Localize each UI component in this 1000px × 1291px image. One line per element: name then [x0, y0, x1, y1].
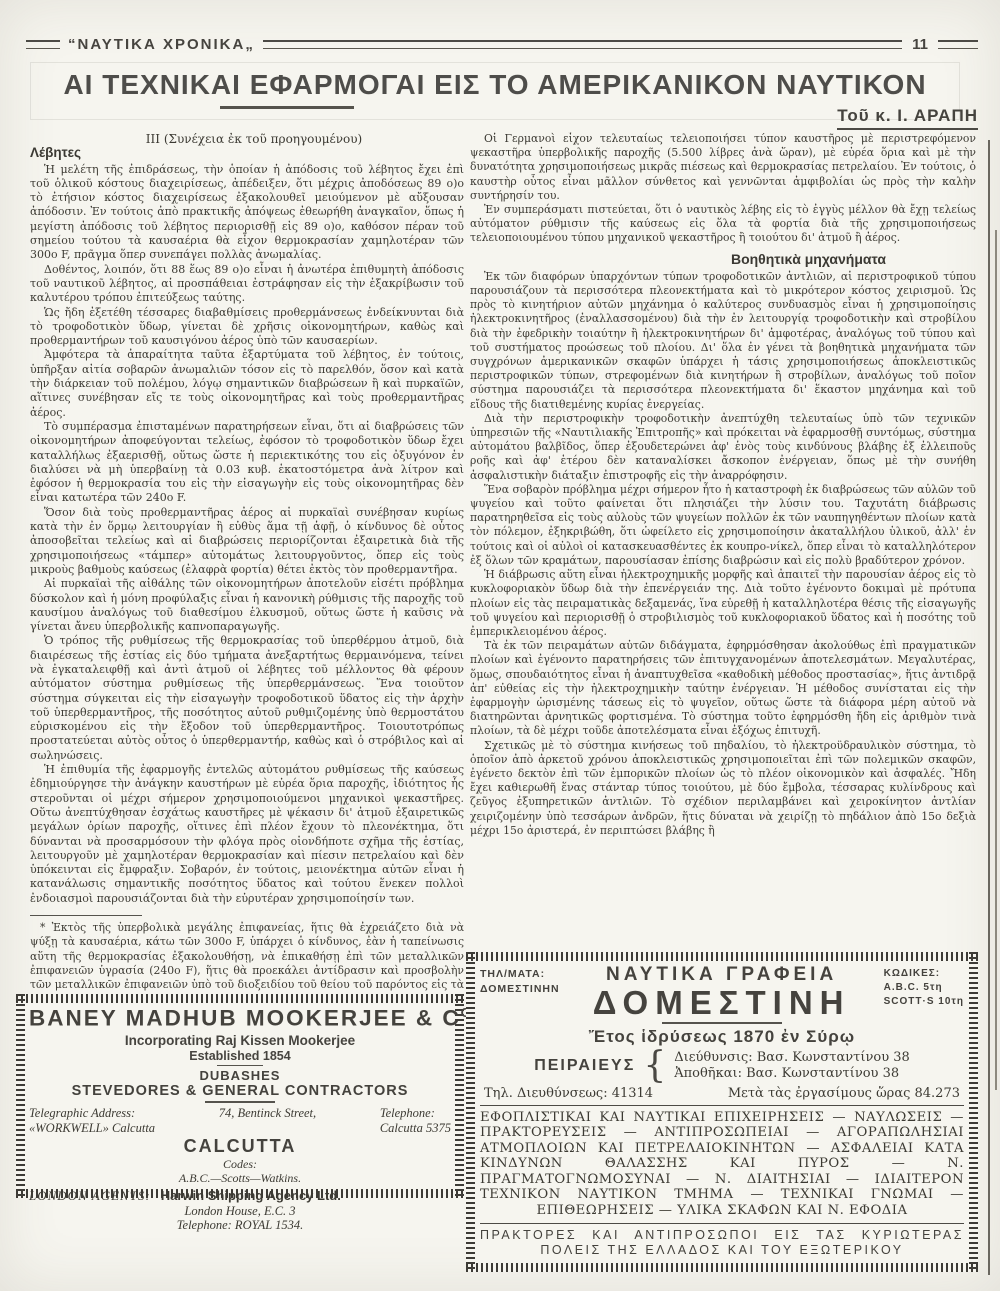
- ad-dom-telegrams: ΤΗΛ/ΜΑΤΑ: ΔΟΜΕΣΤΙΝΗΝ: [480, 964, 560, 997]
- section-heading-auxiliary-machinery: Βοηθητικὰ μηχανήματα: [470, 252, 886, 266]
- paragraph: Διὰ τὴν περιστροφικὴν τροφοδοτικὴν ἀνεπτ…: [470, 412, 976, 483]
- ad-company-name: BANEY MADHUB MOOKERJEE & CO.: [29, 1005, 451, 1032]
- ad-contact-row: Telegraphic Address: «WORKWELL» Calcutta…: [29, 1106, 451, 1136]
- ad-dom-address2: Ἀποθῆκαι: Βασ. Κωνσταντίνου 38: [674, 1066, 910, 1083]
- ad-mookerjee: BANEY MADHUB MOOKERJEE & CO. Incorporati…: [16, 994, 464, 1198]
- article-right-column: Οἱ Γερμανοὶ εἶχον τελευταίως τελειοποιήσ…: [470, 132, 976, 950]
- page-number: 11: [910, 36, 930, 53]
- ad-domestini: ΤΗΛ/ΜΑΤΑ: ΔΟΜΕΣΤΙΝΗΝ ΝΑΥΤΙΚΑ ΓΡΑΦΕΙΑ ΔΟΜ…: [466, 952, 978, 1272]
- ad-dom-codes-line2: SCOTT·S 10τη: [884, 995, 964, 1009]
- ad-dom-header: ΤΗΛ/ΜΑΤΑ: ΔΟΜΕΣΤΙΝΗΝ ΝΑΥΤΙΚΑ ΓΡΑΦΕΙΑ ΔΟΜ…: [480, 964, 964, 1024]
- ad-dom-phone-row: Τηλ. Διευθύνσεως: 41314 Μετὰ τὰς ἐργασίμ…: [480, 1086, 964, 1101]
- paragraph: Δοθέντος, λοιπόν, ὅτι 88 ἕως 89 ο)ο εἶνα…: [30, 263, 464, 306]
- footnote: * Ἐκτὸς τῆς ὑπερβολικὰ μεγάλης ἐπιφανεία…: [30, 921, 464, 992]
- masthead-rule-middle: [263, 40, 902, 49]
- article-title: ΑΙ ΤΕΧΝΙΚΑΙ ΕΦΑΡΜΟΓΑΙ ΕΙΣ ΤΟ ΑΜΕΡΙΚΑΝΙΚΟ…: [35, 69, 955, 101]
- ad-dom-telegrams-label: ΤΗΛ/ΜΑΤΑ:: [480, 967, 560, 982]
- paragraph: Τὸ συμπέρασμα ἐπισταμένων παρατηρήσεων ε…: [30, 420, 464, 506]
- paragraph: Ἐκ τῶν διαφόρων ὑπαρχόντων τύπων τροφοδο…: [470, 270, 976, 412]
- ad-incorporating: Incorporating Raj Kissen Mookerjee: [29, 1033, 451, 1048]
- ad-dom-after-hours: Μετὰ τὰς ἐργασίμους ὥρας 84.273: [728, 1086, 960, 1101]
- masthead: “ΝΑΥΤΙΚΑ ΧΡΟΝΙΚΑ„ 11: [26, 36, 978, 53]
- ad-border-top: [466, 952, 978, 961]
- ad-dom-founded: Ἔτος ἱδρύσεως 1870 ἐν Σύρῳ: [480, 1027, 964, 1047]
- magazine-page: “ΝΑΥΤΙΚΑ ΧΡΟΝΙΚΑ„ 11 ΑΙ ΤΕΧΝΙΚΑΙ ΕΦΑΡΜΟΓ…: [0, 0, 1000, 1291]
- ad-dom-services: ΕΦΟΠΛΙΣΤΙΚΑΙ ΚΑΙ ΝΑΥΤΙΚΑΙ ΕΠΙΧΕΙΡΗΣΕΙΣ —…: [480, 1110, 964, 1219]
- paragraph: Ἕνα σοβαρὸν πρόβλημα μέχρι σήμερον ἦτο ἡ…: [470, 483, 976, 568]
- paragraph: Οἱ Γερμανοὶ εἶχον τελευταίως τελειοποιήσ…: [470, 132, 976, 203]
- paragraph: Ἡ μελέτη τῆς ἐπιδράσεως, τὴν ὁποίαν ἡ ἀπ…: [30, 163, 464, 263]
- ad-telephone-label: Telephone:: [380, 1106, 451, 1121]
- article-title-block: ΑΙ ΤΕΧΝΙΚΑΙ ΕΦΑΡΜΟΓΑΙ ΕΙΣ ΤΟ ΑΜΕΡΙΚΑΝΙΚΟ…: [30, 62, 960, 120]
- ad-dom-rule: [480, 1105, 964, 1106]
- paragraph: Σχετικῶς μὲ τὸ σύστημα κινήσεως τοῦ πηδα…: [470, 739, 976, 838]
- ad-dom-codes-label: ΚΩΔΙΚΕΣ:: [884, 967, 964, 981]
- ad-stevedores: STEVEDORES & GENERAL CONTRACTORS: [29, 1083, 451, 1099]
- ad-agent-phone: Telephone: ROYAL 1534.: [29, 1218, 451, 1232]
- ad-codes-label: Codes:: [29, 1157, 451, 1171]
- ad-rule: [205, 1101, 275, 1103]
- section-heading-levites: Λέβητες: [30, 146, 464, 160]
- ad-company-main: BANEY MADHUB MOOKERJEE & C: [29, 1006, 461, 1031]
- ad-dom-address1: Διεύθυνσις: Βασ. Κωνσταντίνου 38: [674, 1050, 910, 1067]
- ad-telegraphic-label: Telegraphic Address:: [29, 1106, 155, 1121]
- paragraph: Ὅσον διὰ τοὺς προθερμαντῆρας ἀέρος αἱ πυ…: [30, 506, 464, 577]
- paragraph: Ἡ διάβρωσις αὕτη εἶναι ἠλεκτροχημικῆς μο…: [470, 568, 976, 639]
- footnote-separator: [30, 915, 142, 916]
- ad-telephone: Telephone: Calcutta 5375: [380, 1106, 451, 1136]
- ad-dom-piraeus-row: ΠΕΙΡΑΙΕΥΣ { Διεύθυνσις: Βασ. Κωνσταντίνο…: [480, 1050, 964, 1083]
- paragraph: Ἀμφότερα τὰ ἀπαραίτητα ταῦτα ἐξαρτύματα …: [30, 348, 464, 419]
- page-edge-scan-line: [988, 140, 990, 1275]
- masthead-rule-right: [938, 40, 978, 49]
- ad-dom-title: ΝΑΥΤΙΚΑ ΓΡΑΦΕΙΑ ΔΟΜΕΣΤΙΝΗ: [560, 964, 884, 1024]
- ad-dom-addresses: Διεύθυνσις: Βασ. Κωνσταντίνου 38 Ἀποθῆκα…: [674, 1050, 910, 1083]
- ad-agent-address: London House, E.C. 3: [29, 1204, 451, 1218]
- article-left-column: ΙΙΙ (Συνέχεια ἐκ τοῦ προηγουμένου) Λέβητ…: [30, 132, 464, 992]
- paragraph: Τὰ ἐκ τῶν πειραμάτων αὐτῶν διδάγματα, ἐφ…: [470, 639, 976, 738]
- ad-rule: [217, 1065, 263, 1067]
- ad-border-left: [466, 952, 475, 1272]
- ad-established: Established 1854: [29, 1049, 451, 1063]
- byline-row: Τοῦ κ. Ι. ΑΡΑΠΗ: [837, 106, 978, 126]
- ad-london-agents-row: LONDON AGENTS: Harwin Shipping Agency Lt…: [29, 1188, 451, 1204]
- ad-street: 74, Bentinck Street,: [219, 1106, 316, 1136]
- continuation-note: ΙΙΙ (Συνέχεια ἐκ τοῦ προηγουμένου): [30, 132, 464, 146]
- paragraph: Ἡ ἐπιθυμία τῆς ἐφαρμογῆς ἐντελῶς αὐτομάτ…: [30, 763, 464, 906]
- ad-telephone-value: Calcutta 5375: [380, 1121, 451, 1136]
- ad-london-agents-label: LONDON AGENTS:: [29, 1188, 151, 1204]
- ad-codes-value: A.B.C.—Scotts—Watkins.: [29, 1171, 451, 1185]
- article-byline: Τοῦ κ. Ι. ΑΡΑΠΗ: [837, 106, 978, 130]
- ad-dubashes: DUBASHES: [29, 1068, 451, 1083]
- ad-dom-agents: ΠΡΑΚΤΟΡΕΣ ΚΑΙ ΑΝΤΙΠΡΟΣΩΠΟΙ ΕΙΣ ΤΑΣ ΚΥΡΙΩ…: [480, 1228, 964, 1259]
- ad-dom-city: ΠΕΙΡΑΙΕΥΣ: [534, 1057, 635, 1075]
- paragraph: Ὡς ἤδη ἐξετέθη τέσσαρες διαβαθμίσεις προ…: [30, 306, 464, 349]
- ad-border-bottom: [466, 1263, 978, 1272]
- ad-telegraphic-value: «WORKWELL» Calcutta: [29, 1121, 155, 1136]
- ad-border-top: [16, 994, 464, 1003]
- ad-dom-telegrams-value: ΔΟΜΕΣΤΙΝΗΝ: [480, 982, 560, 997]
- ad-dom-office-type: ΝΑΥΤΙΚΑ ΓΡΑΦΕΙΑ: [560, 964, 884, 986]
- ad-border-left: [16, 994, 25, 1198]
- paragraph: Ὁ τρόπος τῆς ρυθμίσεως τῆς θερμοκρασίας …: [30, 634, 464, 763]
- ad-agent-name: Harwin Shipping Agency Ltd.: [161, 1188, 341, 1204]
- page-edge-scan-line-2: [995, 230, 997, 1090]
- paragraph: Ἐν συμπεράσματι πιστεύεται, ὅτι ὁ ναυτικ…: [470, 203, 976, 246]
- ad-telegraphic: Telegraphic Address: «WORKWELL» Calcutta: [29, 1106, 155, 1136]
- ad-dom-phone: Τηλ. Διευθύνσεως: 41314: [484, 1086, 653, 1101]
- ad-dom-title-rule: [662, 1022, 782, 1024]
- paragraph: Αἱ πυρκαϊαὶ τῆς αἰθάλης τῶν οἰκονομητήρω…: [30, 577, 464, 634]
- masthead-rule-left: [26, 40, 60, 49]
- ad-dom-codes-line1: A.B.C. 5τη: [884, 981, 964, 995]
- title-underline: [220, 106, 354, 109]
- ad-city: CALCUTTA: [29, 1136, 451, 1157]
- magazine-title: “ΝΑΥΤΙΚΑ ΧΡΟΝΙΚΑ„: [68, 36, 255, 53]
- ad-dom-rule: [480, 1223, 964, 1224]
- ad-border-right: [969, 952, 978, 1272]
- ad-dom-name: ΔΟΜΕΣΤΙΝΗ: [560, 986, 884, 1020]
- brace-glyph: {: [643, 1051, 666, 1081]
- ad-dom-codes: ΚΩΔΙΚΕΣ: A.B.C. 5τη SCOTT·S 10τη: [884, 964, 964, 1009]
